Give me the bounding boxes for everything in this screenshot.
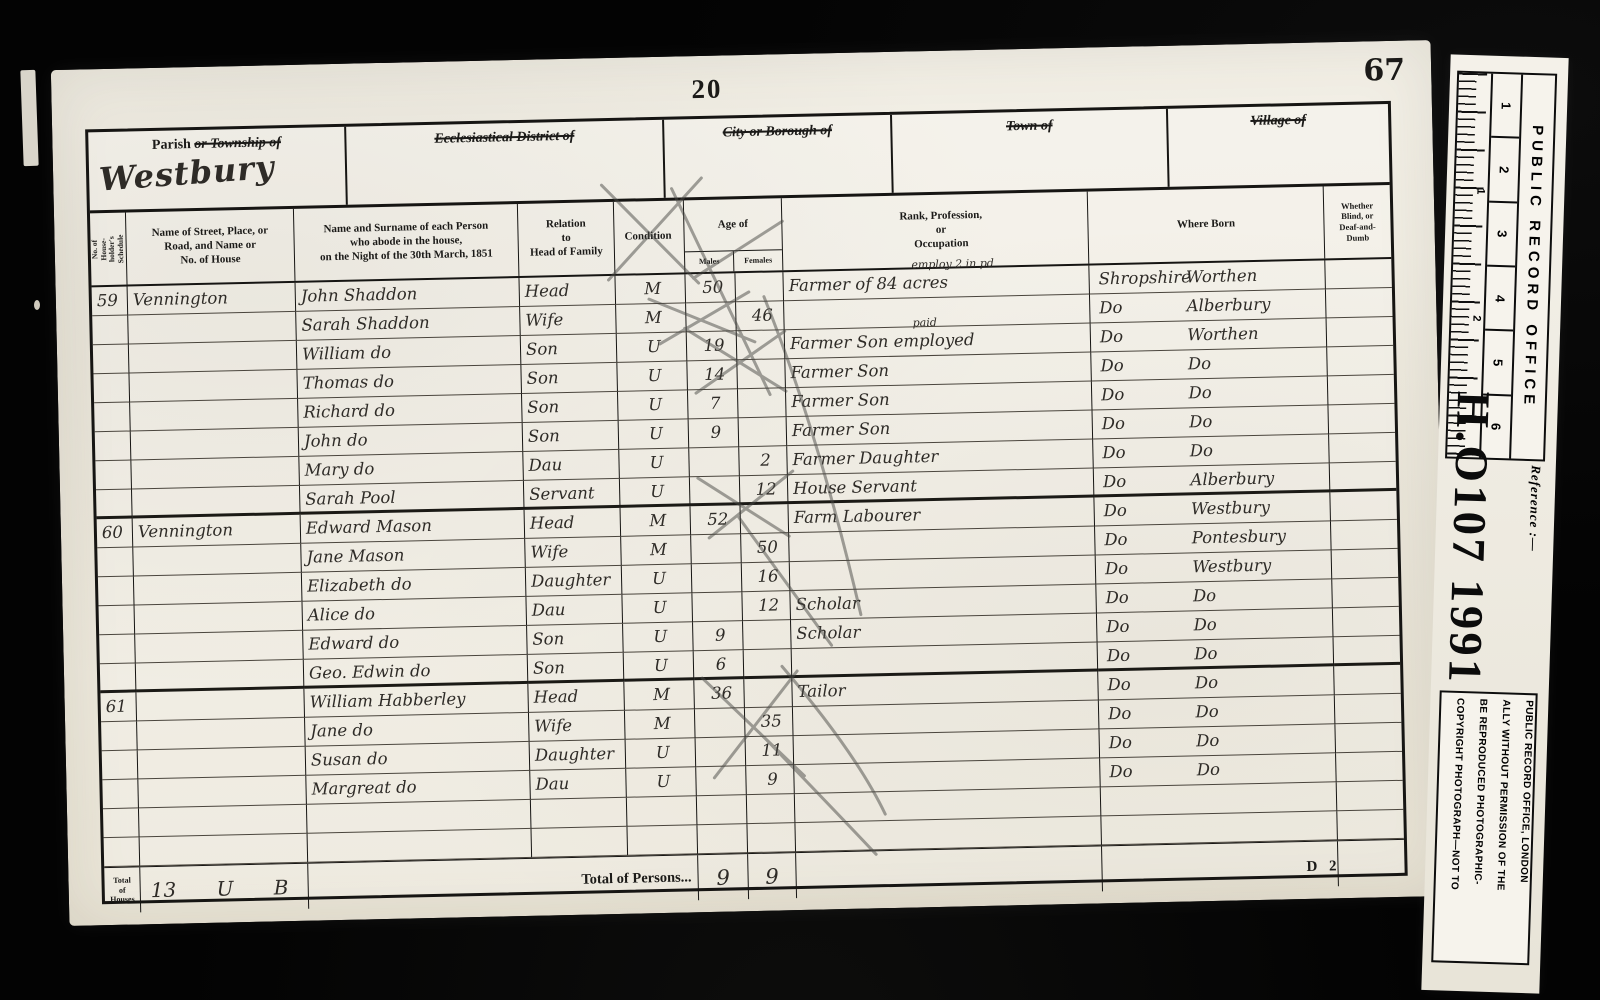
schedule-number bbox=[99, 605, 136, 635]
occupation-value: Tailor bbox=[797, 681, 845, 701]
born-place: Pontesbury bbox=[1191, 521, 1330, 552]
blind-cell bbox=[1327, 317, 1394, 347]
blind-cell bbox=[1335, 723, 1402, 753]
condition-value: U bbox=[620, 477, 691, 508]
document-page: 20 67 Parish or Township of Westbury Ecc… bbox=[51, 40, 1449, 926]
relation-value: Head bbox=[519, 276, 616, 307]
age-male-value bbox=[691, 534, 742, 564]
ruler-number: 2 bbox=[1489, 138, 1519, 203]
col-relation: Relation to Head of Family bbox=[518, 202, 616, 276]
field-city-struck: City or Borough of bbox=[723, 123, 833, 140]
born-county: Do bbox=[1095, 292, 1187, 322]
schedule-number: 59 bbox=[92, 287, 129, 317]
relation-value: Head bbox=[525, 508, 622, 539]
born-county: Do bbox=[1103, 640, 1195, 668]
born-county: Do bbox=[1101, 582, 1193, 612]
schedule-number bbox=[98, 576, 135, 606]
blind-cell bbox=[1337, 781, 1404, 811]
col-blind: Whether Blind, or Deaf-and- Dumb bbox=[1324, 185, 1392, 258]
col-schedule-label: No. of House- holder's Schedule bbox=[91, 233, 126, 265]
occupation-value: Scholar bbox=[796, 623, 861, 643]
reference-label: Reference :— bbox=[1525, 465, 1544, 552]
age-female-value: 11 bbox=[746, 736, 795, 766]
relation-value: Son bbox=[522, 392, 619, 423]
col-age-subheaders: Males Females bbox=[685, 250, 782, 272]
house-name bbox=[138, 776, 307, 809]
relation-value: Son bbox=[523, 421, 620, 452]
age-male-value bbox=[692, 592, 743, 622]
age-female-value: 16 bbox=[742, 562, 791, 592]
occupation-value: Farmer Son bbox=[791, 390, 890, 411]
occupation-value: Scholar bbox=[795, 594, 860, 614]
born-place: Do bbox=[1196, 753, 1335, 784]
age-female-value bbox=[737, 330, 786, 360]
born-county: Do bbox=[1096, 321, 1188, 351]
house-name bbox=[139, 805, 308, 838]
age-female-value: 9 bbox=[746, 765, 795, 795]
relation-value: Son bbox=[521, 334, 618, 365]
schedule-number bbox=[102, 779, 139, 809]
age-female-value bbox=[744, 649, 793, 679]
occupation-note: employ 2 in pd bbox=[911, 258, 994, 271]
age-male-value: 9 bbox=[689, 418, 740, 448]
age-female-value bbox=[747, 823, 796, 853]
blind-cell bbox=[1328, 404, 1395, 434]
schedule-number bbox=[93, 374, 130, 404]
born-place: Westbury bbox=[1191, 492, 1330, 523]
age-male-value: 50 bbox=[685, 273, 736, 303]
house-name bbox=[136, 689, 305, 722]
house-name bbox=[138, 747, 307, 780]
age-male-value bbox=[696, 737, 747, 767]
folio-number: 67 bbox=[1363, 53, 1406, 89]
age-female-value: 46 bbox=[736, 301, 785, 331]
house-name bbox=[130, 399, 299, 432]
copyright-notice: COPYRIGHT PHOTOGRAPH—NOT TO BE REPRODUCE… bbox=[1431, 690, 1537, 965]
relation-value: Dau bbox=[523, 450, 620, 481]
relation-value: Dau bbox=[530, 769, 627, 800]
house-name bbox=[129, 341, 298, 374]
condition-value: U bbox=[622, 593, 693, 624]
born-place: Do bbox=[1193, 608, 1332, 639]
ruler-number: 3 bbox=[1487, 202, 1517, 267]
field-parish-prefix: Parish bbox=[152, 137, 195, 153]
condition-value: U bbox=[617, 361, 688, 392]
born-county: Shropshire bbox=[1094, 263, 1186, 293]
age-male-value bbox=[697, 795, 748, 825]
condition-value: U bbox=[622, 564, 693, 595]
occupation-value: Farmer Son bbox=[792, 419, 891, 440]
field-village-struck: Village of bbox=[1250, 113, 1306, 129]
age-male-value: 52 bbox=[690, 505, 741, 535]
born-county: Do bbox=[1103, 669, 1195, 699]
age-female-value bbox=[740, 504, 789, 534]
schedule-number bbox=[102, 750, 139, 780]
inch-mark-1: 1 bbox=[1474, 188, 1486, 194]
schedule-number bbox=[101, 721, 138, 751]
total-persons-label: Total of Persons... bbox=[308, 855, 699, 908]
age-male-value bbox=[692, 563, 743, 593]
born-county: Do bbox=[1096, 350, 1188, 380]
blind-cell bbox=[1331, 520, 1398, 550]
total-females: 9 bbox=[748, 853, 797, 899]
schedule-number: 60 bbox=[97, 518, 134, 548]
relation-value: Son bbox=[521, 363, 618, 394]
schedule-number bbox=[99, 634, 136, 664]
blind-cell bbox=[1330, 462, 1397, 492]
occupation-value: Farmer Son employed bbox=[790, 330, 975, 353]
born-place: Do bbox=[1195, 695, 1334, 726]
house-name: Vennington bbox=[128, 283, 297, 316]
field-village: Village of bbox=[1168, 104, 1390, 187]
born-place: Do bbox=[1190, 434, 1329, 465]
house-name bbox=[135, 602, 304, 635]
schedule-number bbox=[103, 808, 140, 838]
condition-value: U bbox=[626, 738, 697, 769]
age-female-value: 50 bbox=[741, 533, 790, 563]
born-county: Do bbox=[1101, 553, 1193, 583]
field-ecclesiastical-struck: Ecclesiastical District of bbox=[434, 129, 574, 147]
age-male-value: 9 bbox=[693, 621, 744, 651]
film-edge-artifact bbox=[20, 70, 38, 166]
schedule-number bbox=[92, 316, 129, 346]
born-place: Do bbox=[1195, 666, 1334, 697]
field-city-borough: City or Borough of bbox=[664, 115, 894, 198]
person-name bbox=[308, 829, 533, 863]
condition-value: U bbox=[626, 767, 697, 798]
born-county: Do bbox=[1100, 524, 1192, 554]
condition-value: U bbox=[624, 651, 695, 682]
relation-value: Dau bbox=[526, 595, 623, 626]
schedule-number bbox=[94, 403, 131, 433]
schedule-number: 61 bbox=[100, 692, 137, 722]
field-town-struck: Town of bbox=[1006, 118, 1053, 134]
reference-number: H.O107 1991 bbox=[1437, 390, 1500, 686]
relation-value: Servant bbox=[524, 479, 621, 510]
field-parish: Parish or Township of Westbury bbox=[88, 127, 348, 211]
parish-value: Westbury bbox=[98, 148, 276, 199]
age-female-value: 12 bbox=[740, 475, 789, 505]
age-male-value: 36 bbox=[694, 679, 745, 709]
born-place: Do bbox=[1188, 376, 1327, 407]
condition-value: U bbox=[619, 448, 690, 479]
age-female-value: 35 bbox=[745, 707, 794, 737]
ruler-number: 4 bbox=[1485, 267, 1515, 332]
house-name bbox=[134, 573, 303, 606]
age-female-value bbox=[735, 272, 784, 302]
blind-cell bbox=[1337, 810, 1404, 840]
condition-value: M bbox=[616, 303, 687, 334]
schedule-number bbox=[96, 489, 133, 519]
schedule-number bbox=[100, 663, 137, 693]
condition-value: M bbox=[621, 535, 692, 566]
relation-value: Daughter bbox=[526, 566, 623, 597]
col-schedule: No. of House- holder's Schedule bbox=[90, 213, 128, 286]
condition-value: U bbox=[617, 332, 688, 363]
occupation-value: Farmer Son bbox=[790, 361, 889, 382]
col-age-females: Females bbox=[734, 250, 782, 271]
born-county: Do bbox=[1099, 466, 1191, 494]
age-female-value bbox=[743, 620, 792, 650]
plate-mark: D 2 bbox=[1306, 858, 1340, 876]
blind-cell bbox=[1326, 288, 1393, 318]
condition-value: U bbox=[623, 622, 694, 653]
occupation-value: Farmer Daughter bbox=[792, 447, 938, 469]
col-street: Name of Street, Place, or Road, and Name… bbox=[126, 209, 296, 285]
blind-cell bbox=[1334, 665, 1401, 695]
house-name bbox=[132, 486, 301, 519]
born-county: Do bbox=[1099, 495, 1191, 525]
totals-born-empty bbox=[1102, 841, 1339, 891]
house-name bbox=[129, 370, 298, 403]
blind-cell bbox=[1327, 346, 1394, 376]
occupation-value: Farm Labourer bbox=[794, 505, 921, 527]
col-age-label: Age of bbox=[684, 198, 782, 252]
born-place: Do bbox=[1194, 637, 1333, 666]
age-male-value: 7 bbox=[688, 389, 739, 419]
born-place: Do bbox=[1189, 405, 1328, 436]
total-houses-label: Total of Houses bbox=[104, 867, 141, 913]
condition-value: U bbox=[618, 390, 689, 421]
age-male-value bbox=[686, 302, 737, 332]
house-name bbox=[133, 544, 302, 577]
relation-value: Son bbox=[527, 624, 624, 655]
relation-value: Daughter bbox=[530, 740, 627, 771]
condition-value: U bbox=[619, 419, 690, 450]
born-county: Do bbox=[1097, 408, 1189, 438]
age-male-value bbox=[697, 824, 748, 854]
relation-value bbox=[531, 827, 628, 858]
born-place: Worthen bbox=[1186, 260, 1325, 291]
condition-value bbox=[627, 796, 698, 827]
born-place: Westbury bbox=[1192, 550, 1331, 581]
born-place: Do bbox=[1196, 724, 1335, 755]
born-cell bbox=[1101, 811, 1338, 845]
field-town: Town of bbox=[892, 109, 1170, 193]
born-county: Do bbox=[1104, 727, 1196, 757]
age-female-value bbox=[739, 417, 788, 447]
born-place: Do bbox=[1188, 347, 1327, 378]
col-age-males: Males bbox=[685, 251, 734, 272]
occupation-value: House Servant bbox=[793, 476, 917, 498]
age-female-value: 2 bbox=[739, 446, 788, 476]
born-place: Alberbury bbox=[1186, 289, 1325, 320]
born-place bbox=[1198, 811, 1337, 842]
born-place: Worthen bbox=[1187, 318, 1326, 349]
house-name bbox=[140, 834, 309, 867]
house-name bbox=[137, 718, 306, 751]
census-form: Parish or Township of Westbury Ecclesias… bbox=[85, 101, 1408, 904]
col-born: Where Born bbox=[1088, 186, 1326, 263]
born-county: Do bbox=[1104, 698, 1196, 728]
condition-value bbox=[627, 825, 698, 856]
relation-value: Wife bbox=[520, 305, 617, 336]
blind-cell bbox=[1336, 752, 1403, 782]
pro-reference-strip: 1 2 1 2 3 4 5 6 PUBLIC RECORD OFFICE Ref… bbox=[1421, 54, 1568, 993]
blind-cell bbox=[1335, 694, 1402, 724]
age-female-value: 12 bbox=[742, 591, 791, 621]
born-county bbox=[1106, 814, 1198, 844]
blind-cell bbox=[1330, 491, 1397, 521]
relation-value: Son bbox=[528, 653, 625, 684]
schedule-number bbox=[95, 431, 132, 461]
blind-cell bbox=[1328, 375, 1395, 405]
born-county: Do bbox=[1098, 437, 1190, 467]
house-name bbox=[136, 660, 305, 693]
ruler-number: 1 bbox=[1491, 74, 1521, 139]
totals-occupation-empty bbox=[796, 846, 1103, 898]
age-male-value: 6 bbox=[694, 650, 745, 680]
total-houses-value: 13 U B bbox=[140, 864, 309, 913]
relation-value: Wife bbox=[525, 537, 622, 568]
houses-count: 13 bbox=[150, 877, 176, 902]
age-male-value: 14 bbox=[687, 360, 738, 390]
age-male-value bbox=[695, 708, 746, 738]
blind-cell bbox=[1329, 433, 1396, 463]
schedule-number bbox=[104, 837, 141, 867]
condition-value: M bbox=[624, 680, 695, 711]
age-male-value bbox=[690, 476, 741, 506]
born-county: Do bbox=[1097, 379, 1189, 409]
house-name bbox=[128, 312, 297, 345]
blind-cell bbox=[1332, 549, 1399, 579]
age-male-value bbox=[689, 447, 740, 477]
film-background: 20 67 Parish or Township of Westbury Ecc… bbox=[0, 0, 1600, 1000]
condition-value: M bbox=[615, 274, 686, 305]
schedule-number bbox=[93, 345, 130, 375]
condition-value: M bbox=[621, 506, 692, 537]
field-ecclesiastical-district: Ecclesiastical District of bbox=[346, 120, 666, 205]
age-female-value bbox=[744, 678, 793, 708]
inch-mark-2: 2 bbox=[1470, 315, 1482, 321]
born-place: Do bbox=[1193, 579, 1332, 610]
age-female-value bbox=[747, 794, 796, 824]
schedule-number bbox=[97, 547, 134, 577]
ruler-number: 5 bbox=[1483, 331, 1513, 396]
houses-marks: U B bbox=[216, 875, 288, 901]
total-males: 9 bbox=[698, 854, 749, 900]
age-female-value bbox=[738, 388, 787, 418]
born-place bbox=[1197, 782, 1336, 813]
born-county: Do bbox=[1105, 756, 1197, 786]
blind-cell bbox=[1325, 259, 1392, 289]
relation-value: Wife bbox=[529, 711, 626, 742]
col-name: Name and Surname of each Person who abod… bbox=[294, 204, 520, 281]
occupation-note: paid bbox=[913, 317, 937, 329]
occupation-value: Farmer of 84 acres bbox=[788, 273, 948, 295]
condition-value: M bbox=[625, 709, 696, 740]
born-county bbox=[1106, 785, 1198, 815]
born-place: Alberbury bbox=[1190, 463, 1329, 492]
blind-cell bbox=[1332, 578, 1399, 608]
film-speck bbox=[34, 300, 40, 310]
house-name bbox=[131, 457, 300, 490]
page-number: 20 bbox=[691, 74, 723, 106]
relation-value bbox=[531, 798, 628, 829]
house-name bbox=[131, 428, 300, 461]
born-county: Do bbox=[1102, 611, 1194, 641]
age-male-value bbox=[696, 766, 747, 796]
schedule-number bbox=[95, 460, 132, 490]
age-male-value: 19 bbox=[687, 331, 738, 361]
age-female-value bbox=[737, 359, 786, 389]
col-age: Age of Males Females bbox=[684, 198, 784, 272]
table-body: 59 Vennington John Shaddon Head M 50 emp… bbox=[92, 259, 1404, 867]
house-name bbox=[135, 631, 304, 664]
col-condition: Condition bbox=[614, 200, 686, 274]
house-name: Vennington bbox=[133, 515, 302, 548]
totals-blind-empty bbox=[1338, 840, 1405, 886]
blind-cell bbox=[1334, 636, 1401, 666]
blind-cell bbox=[1333, 607, 1400, 637]
relation-value: Head bbox=[528, 682, 625, 713]
